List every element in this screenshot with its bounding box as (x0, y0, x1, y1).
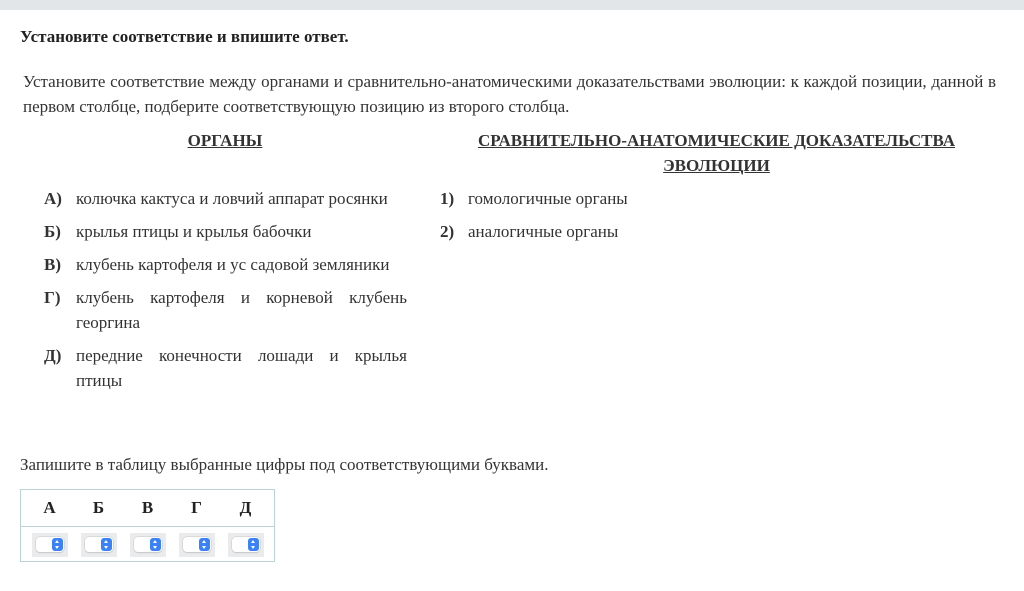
item-letter: В) (44, 252, 76, 277)
answer-select-b[interactable] (85, 537, 113, 552)
item-letter: А) (44, 186, 76, 211)
answer-select-row (21, 527, 274, 562)
letter-header-v: В (123, 498, 172, 518)
evidence-column-header: СРАВНИТЕЛЬНО-АНАТОМИЧЕСКИЕ ДОКАЗАТЕЛЬСТВ… (455, 128, 978, 178)
answer-select-g[interactable] (183, 537, 211, 552)
evidence-item-2: 2) аналогичные органы (440, 219, 840, 244)
answer-header-row: А Б В Г Д (21, 490, 274, 527)
organ-item-b: Б) крылья птицы и крылья бабочки (44, 219, 407, 244)
item-letter: Г) (44, 285, 76, 335)
letter-header-b: Б (74, 498, 123, 518)
organs-column-header: ОРГАНЫ (40, 128, 410, 153)
select-arrows-icon (52, 538, 63, 551)
answer-instruction: Запишите в таблицу выбранные цифры под с… (20, 455, 549, 475)
organ-item-v: В) клубень картофеля и ус садовой землян… (44, 252, 407, 277)
organ-item-g: Г) клубень картофеля и корневой клубень … (44, 285, 407, 335)
item-letter: Д) (44, 343, 76, 393)
task-title: Установите соответствие и впишите ответ. (20, 27, 349, 47)
item-text: аналогичные органы (468, 219, 840, 244)
answer-table: А Б В Г Д (20, 489, 275, 562)
item-number: 1) (440, 186, 468, 211)
evidence-item-1: 1) гомологичные органы (440, 186, 840, 211)
organs-list: А) колючка кактуса и ловчий аппарат рося… (44, 186, 407, 401)
item-text: гомологичные органы (468, 186, 840, 211)
letter-header-a: А (25, 498, 74, 518)
evidence-list: 1) гомологичные органы 2) аналогичные ор… (440, 186, 840, 252)
letter-header-d: Д (221, 498, 270, 518)
answer-select-a[interactable] (36, 537, 64, 552)
item-text: клубень картофеля и ус садовой земляники (76, 252, 407, 277)
select-arrows-icon (101, 538, 112, 551)
top-bar (0, 0, 1024, 10)
item-text: крылья птицы и крылья бабочки (76, 219, 407, 244)
answer-select-v[interactable] (134, 537, 162, 552)
organ-item-a: А) колючка кактуса и ловчий аппарат рося… (44, 186, 407, 211)
item-text: передние конечности лошади и крылья птиц… (76, 343, 407, 393)
select-arrows-icon (150, 538, 161, 551)
select-arrows-icon (248, 538, 259, 551)
letter-header-g: Г (172, 498, 221, 518)
organ-item-d: Д) передние конечности лошади и крылья п… (44, 343, 407, 393)
answer-select-d[interactable] (232, 537, 260, 552)
select-arrows-icon (199, 538, 210, 551)
item-text: клубень картофеля и корневой клубень гео… (76, 285, 407, 335)
item-letter: Б) (44, 219, 76, 244)
item-number: 2) (440, 219, 468, 244)
task-intro: Установите соответствие между органами и… (23, 69, 996, 119)
item-text: колючка кактуса и ловчий аппарат росянки (76, 186, 407, 211)
